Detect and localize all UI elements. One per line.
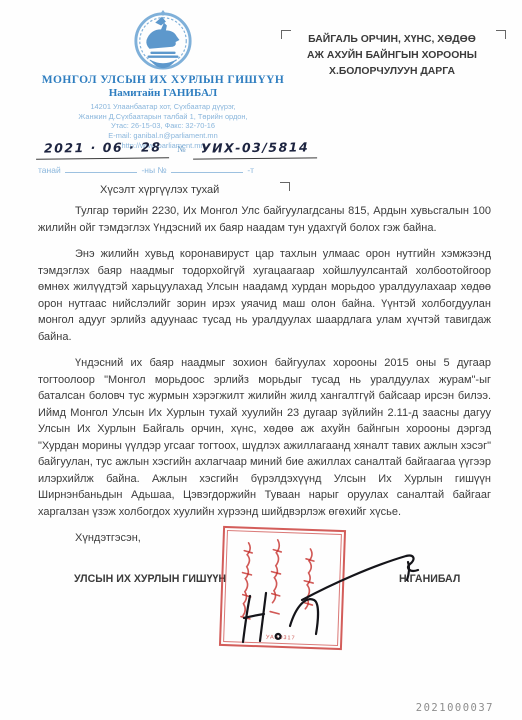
address-line-2: Жанжин Д.Сүхбаатарын талбай 1, Төрийн ор… [6,112,320,122]
body-paragraph-3: Үндэсний их баяр наадмыг зохион байгуула… [38,355,491,520]
handwritten-number: УИХ-03/5814 [201,139,309,155]
recipient-line-3: Х.БОЛОРЧУЛУУН ДАРГА [276,64,508,80]
blank-field [65,164,137,173]
letter-body: Тулгар төрийн 2230, Их Монгол Улс байгуу… [38,203,491,557]
address-line-3: Утас: 26-15-03, Факс: 32-70-16 [6,121,320,131]
your-ref-mid: -ны [141,165,155,175]
letterhead: МОНГОЛ УЛСЫН ИХ ХУРЛЫН ГИШҮҮН Намитайн Г… [6,8,320,150]
letterhead-member-name: Намитайн ГАНИБАЛ [6,87,320,99]
address-line-1: 14201 Улаанбаатар хот, Сүхбаатар дүүрэг, [6,102,320,112]
scanned-letter-page: МОНГОЛ УЛСЫН ИХ ХУРЛЫН ГИШҮҮН Намитайн Г… [0,0,522,720]
parliament-emblem-icon [132,8,194,72]
body-paragraph-2: Энэ жилийн хувьд коронавируст цар тахлын… [38,246,491,345]
handwritten-date: 2021 · 06 · 28 [44,139,162,155]
reference-line: 2021 · 06 · 28 № УИХ-03/5814 [36,139,316,159]
number-sign: № [177,144,186,154]
recipient-block: БАЙГАЛЬ ОРЧИН, ХҮНС, ХӨДӨӨ АЖ АХУЙН БАЙН… [276,32,508,80]
your-ref-no: № [157,165,166,175]
document-registration-number: 2021000037 [416,702,494,714]
subject-line: Хүсэлт хүргүүлэх тухай [100,184,219,196]
recipient-line-2: АЖ АХУЙН БАЙНГЫН ХОРООНЫ [276,48,508,64]
subject-bracket [280,182,290,191]
letterhead-title: МОНГОЛ УЛСЫН ИХ ХУРЛЫН ГИШҮҮН [6,74,320,86]
your-ref-suffix: -т [247,165,254,175]
body-paragraph-1: Тулгар төрийн 2230, Их Монгол Улс байгуу… [38,203,491,236]
blank-field [171,164,243,173]
your-ref-prefix: танай [38,165,61,175]
handwritten-signature [198,548,458,660]
your-reference-line: танай -ны № -т [38,164,254,175]
recipient-line-1: БАЙГАЛЬ ОРЧИН, ХҮНС, ХӨДӨӨ [276,32,508,48]
